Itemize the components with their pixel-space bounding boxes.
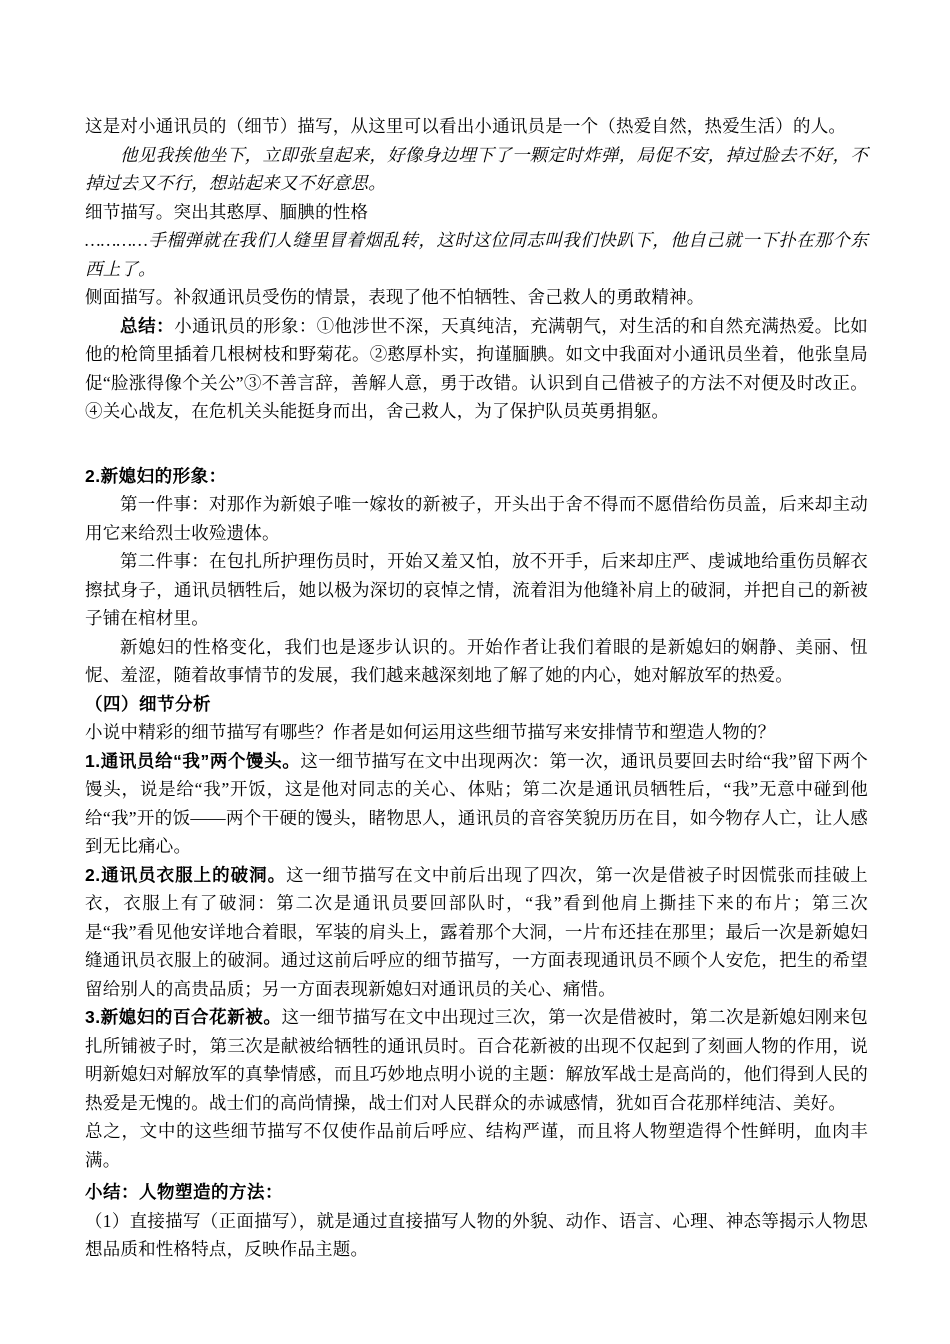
para-quote-1: 他见我挨他坐下，立即张皇起来，好像身边埋下了一颗定时炸弹，局促不安，掉过脸去不好…	[85, 141, 868, 198]
text-segment: 第二件事：在包扎所护理伤员时，开始又羞又怕，放不开手，后来却庄严、虔诚地给重伤员…	[85, 551, 868, 628]
para-first-event: 第一件事：对那作为新娘子唯一嫁妆的新被子，开头出于舍不得而不愿借给伤员盖，后来却…	[85, 490, 868, 547]
text-segment: 总结：	[120, 316, 174, 336]
text-segment: 3.新媳妇的百合花新被。	[85, 1007, 281, 1027]
para-analysis-2: 侧面描写。补叙通讯员受伤的情景，表现了他不怕牺牲、舍己救人的勇敢精神。	[85, 283, 868, 312]
para-detail-item-3: 3.新媳妇的百合花新被。这一细节描写在文中出现过三次，第一次是借被时，第二次是新…	[85, 1003, 868, 1117]
heading-detail-analysis: （四）细节分析	[85, 690, 868, 719]
text-segment: 总之，文中的这些细节描写不仅使作品前后呼应、结构严谨，而且将人物塑造得个性鲜明，…	[85, 1121, 868, 1170]
para-conclusion: 总之，文中的这些细节描写不仅使作品前后呼应、结构严谨，而且将人物塑造得个性鲜明，…	[85, 1117, 868, 1174]
text-segment: 2.通讯员衣服上的破洞。	[85, 865, 286, 885]
text-segment: 侧面描写。补叙通讯员受伤的情景，表现了他不怕牺牲、舍己救人的勇敢精神。	[85, 287, 705, 307]
para-quote-2: …………手榴弹就在我们人缝里冒着烟乱转，这时这位同志叫我们快趴下，他自己就一下扑…	[85, 226, 868, 283]
para-detail-item-2: 2.通讯员衣服上的破洞。这一细节描写在文中前后出现了四次，第一次是借被子时因慌张…	[85, 861, 868, 1004]
document-content: 这是对小通讯员的（细节）描写，从这里可以看出小通讯员是一个（热爱自然，热爱生活）…	[85, 112, 868, 1264]
para-analysis-1: 细节描写。突出其憨厚、腼腆的性格	[85, 198, 868, 227]
text-segment: 小结：人物塑造的方法：	[85, 1182, 283, 1202]
para-question: 小说中精彩的细节描写有哪些？作者是如何运用这些细节描写来安排情节和塑造人物的？	[85, 718, 868, 747]
para-bride-character: 新媳妇的性格变化，我们也是逐步认识的。开始作者让我们着眼的是新媳妇的娴静、美丽、…	[85, 633, 868, 690]
heading-summary-methods: 小结：人物塑造的方法：	[85, 1178, 868, 1207]
para-second-event: 第二件事：在包扎所护理伤员时，开始又羞又怕，放不开手，后来却庄严、虔诚地给重伤员…	[85, 547, 868, 633]
text-segment: 小说中精彩的细节描写有哪些？作者是如何运用这些细节描写来安排情节和塑造人物的？	[85, 722, 775, 742]
text-segment: 2.新媳妇的形象：	[85, 466, 227, 486]
text-segment: 第一件事：对那作为新娘子唯一嫁妆的新被子，开头出于舍不得而不愿借给伤员盖，后来却…	[85, 494, 868, 543]
para-detail-answer: 这是对小通讯员的（细节）描写，从这里可以看出小通讯员是一个（热爱自然，热爱生活）…	[85, 112, 868, 141]
para-summary-messenger: 总结：小通讯员的形象：①他涉世不深，天真纯洁，充满朝气，对生活的和自然充满热爱。…	[85, 312, 868, 426]
heading-bride-image: 2.新媳妇的形象：	[85, 462, 868, 491]
text-segment: 新媳妇的性格变化，我们也是逐步认识的。开始作者让我们着眼的是新媳妇的娴静、美丽、…	[85, 637, 868, 686]
text-segment: 小通讯员的形象：①他涉世不深，天真纯洁，充满朝气，对生活的和自然充满热爱。比如他…	[85, 316, 868, 422]
text-segment: 细节描写。突出其憨厚、腼腆的性格	[85, 202, 368, 222]
document-page: 这是对小通讯员的（细节）描写，从这里可以看出小通讯员是一个（热爱自然，热爱生活）…	[0, 0, 950, 1344]
text-segment: （四）细节分析	[85, 694, 211, 714]
text-segment: 1.通讯员给“我”两个馒头。	[85, 751, 300, 771]
text-segment: （1）直接描写（正面描写），就是通过直接描写人物的外貌、动作、语言、心理、神态等…	[85, 1211, 868, 1260]
text-segment: …………手榴弹就在我们人缝里冒着烟乱转，这时这位同志叫我们快趴下，他自己就一下扑…	[85, 230, 868, 279]
text-segment: 这是对小通讯员的（细节）描写，从这里可以看出小通讯员是一个（热爱自然，热爱生活）…	[85, 116, 846, 136]
text-segment: 他见我挨他坐下，立即张皇起来，好像身边埋下了一颗定时炸弹，局促不安，掉过脸去不好…	[85, 145, 868, 194]
para-detail-item-1: 1.通讯员给“我”两个馒头。这一细节描写在文中出现两次：第一次，通讯员要回去时给…	[85, 747, 868, 861]
para-method-1: （1）直接描写（正面描写），就是通过直接描写人物的外貌、动作、语言、心理、神态等…	[85, 1207, 868, 1264]
